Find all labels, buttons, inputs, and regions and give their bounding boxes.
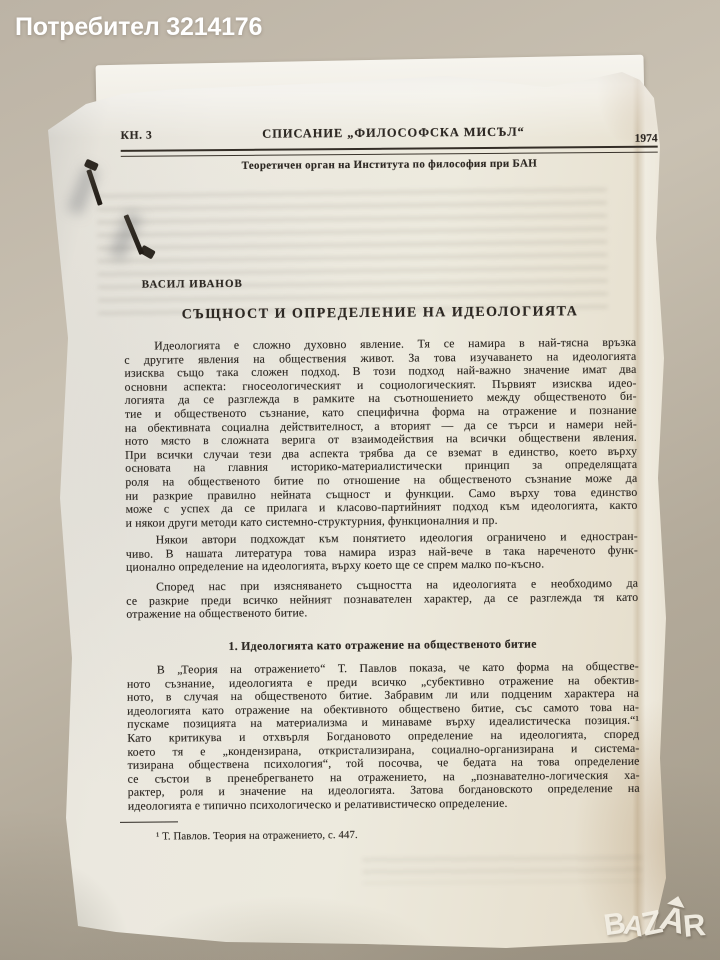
text-line: идеологията е типично психологическо и р… [128, 796, 640, 814]
seller-username-overlay: Потребител 3214176 [15, 13, 262, 42]
watermark-letter: R [681, 907, 706, 945]
document-page: КН. 3 СПИСАНИЕ „ФИЛОСОФСКА МИСЪЛ“ 1974 Т… [26, 58, 678, 950]
text-line: и някои други методи като системно-струк… [126, 512, 638, 530]
paragraph: Идеологията е сложно духовно явление. Тя… [124, 336, 637, 530]
article-body: Идеологията е сложно духовно явление. Тя… [122, 56, 641, 952]
section-heading: 1. Идеологията като отражение на обществ… [127, 636, 639, 655]
listing-photo: КН. 3 СПИСАНИЕ „ФИЛОСОФСКА МИСЪЛ“ 1974 Т… [0, 0, 720, 960]
paragraph: Някои автори подхождат към понятието иде… [126, 530, 638, 575]
text-line: отражение на общественото битие. [126, 604, 638, 622]
journal-year: 1974 [635, 133, 658, 145]
paragraph: В „Теория на отражението“ Т. Павлов пока… [127, 660, 640, 814]
paragraph: Според нас при изясняването същността на… [126, 577, 638, 622]
text-line: ционално определение на идеологията, вър… [126, 557, 638, 575]
bazar-watermark: BAZAR [604, 904, 716, 956]
page-content: КН. 3 СПИСАНИЕ „ФИЛОСОФСКА МИСЪЛ“ 1974 Т… [26, 55, 685, 952]
